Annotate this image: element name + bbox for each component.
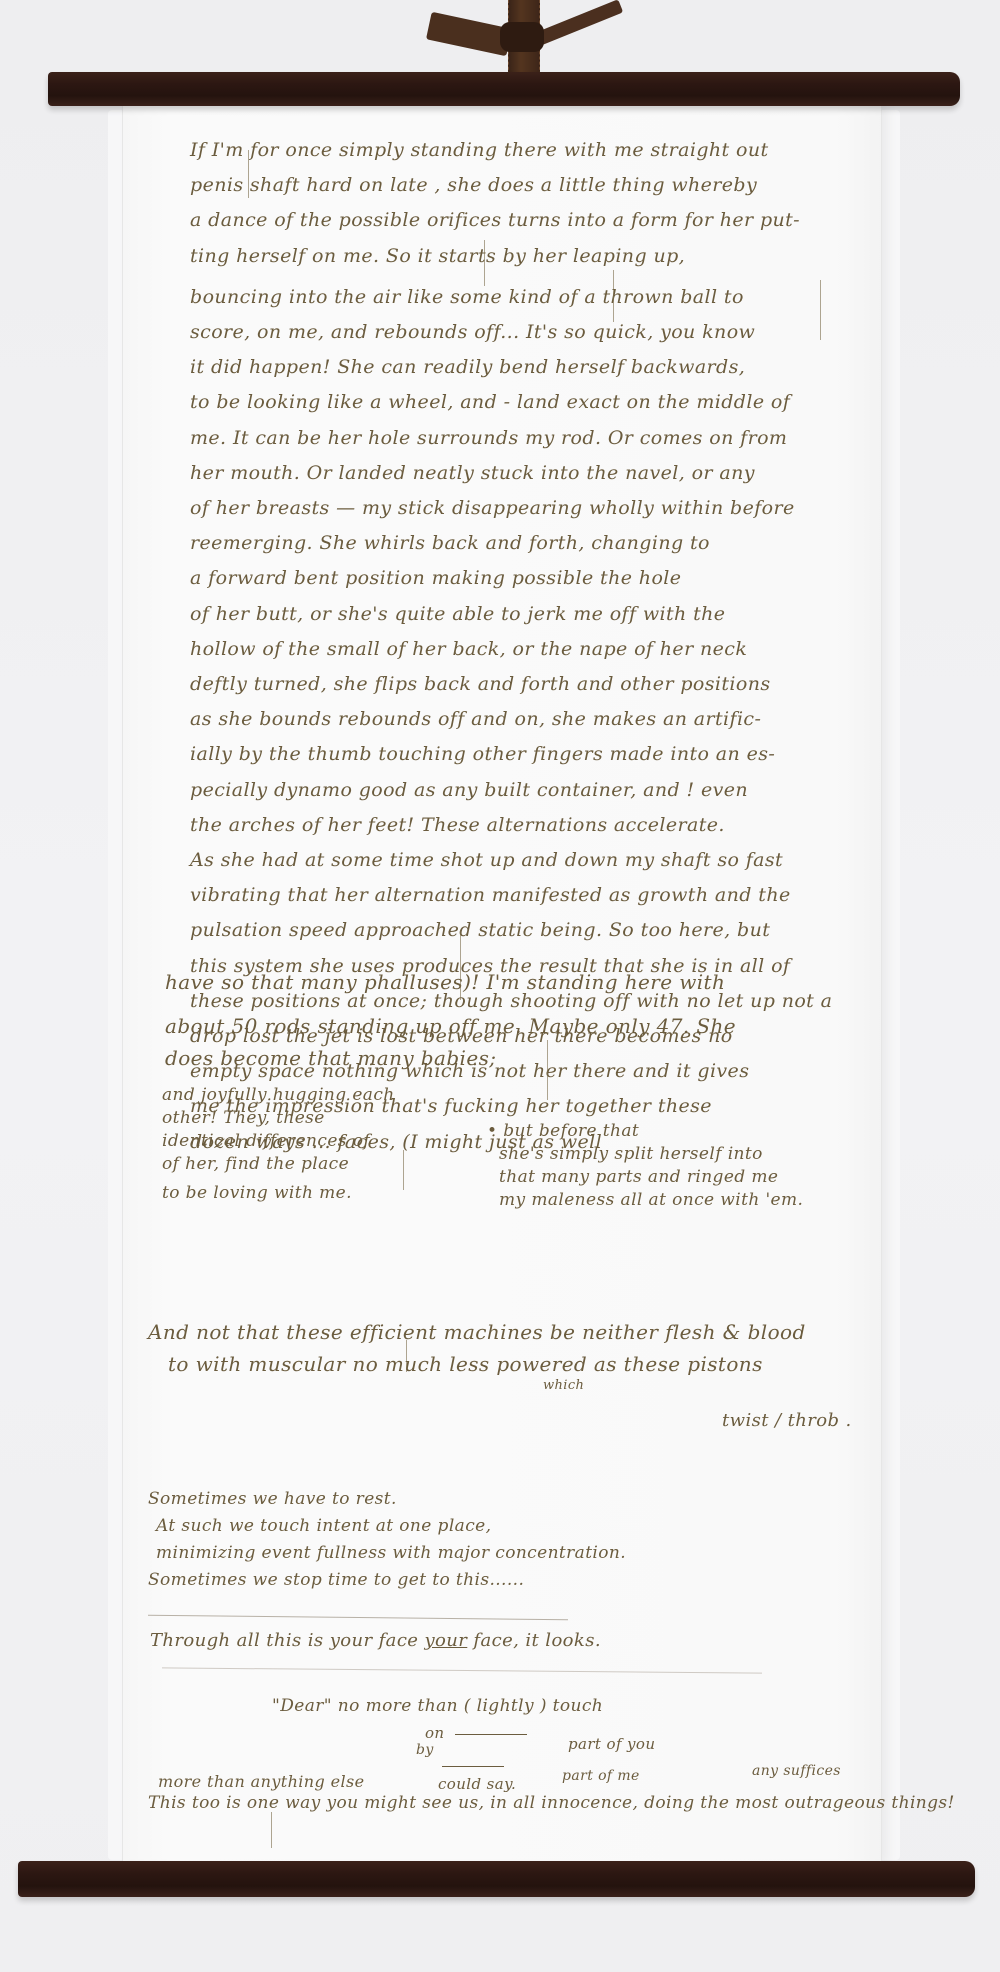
pen-stroke <box>613 270 614 322</box>
handwritten-part-of-me: part of me <box>562 1768 640 1784</box>
handwritten-could-say: could say. <box>438 1775 516 1793</box>
text-fragment: Through all this is your face <box>150 1630 424 1651</box>
ribbon-tail-right <box>533 0 624 47</box>
pen-stroke <box>484 240 485 286</box>
text-line: as she bounds rebounds off and on, she m… <box>190 702 832 737</box>
text-line: to be loving with me. <box>162 1182 395 1205</box>
text-line: it did happen! She can readily bend hers… <box>190 350 832 385</box>
text-fragment: face, it looks. <box>467 1630 601 1651</box>
handwritten-column-left: and joyfully hugging each other! They, t… <box>162 1084 395 1205</box>
text-line: penis shaft hard on late , she does a li… <box>190 168 832 203</box>
pen-stroke <box>820 280 821 340</box>
handwritten-twist-throb: twist / throb . <box>722 1410 852 1431</box>
text-line: she's simply split herself into <box>487 1143 803 1166</box>
blank-line <box>455 1734 527 1735</box>
pen-stroke <box>460 930 461 1000</box>
text-line: a dance of the possible orifices turns i… <box>190 203 832 238</box>
text-line: bouncing into the air like some kind of … <box>190 280 832 315</box>
ribbon-knot <box>500 22 544 52</box>
text-line: pecially dynamo good as any built contai… <box>190 773 832 808</box>
text-line: have so that many phalluses)! I'm standi… <box>165 960 736 1004</box>
bottom-rod <box>18 1861 975 1897</box>
underlined-word: your <box>424 1630 467 1651</box>
handwritten-paragraph-4: Sometimes we have to rest. At such we to… <box>148 1486 626 1594</box>
blank-line <box>442 1766 504 1767</box>
text-line: ially by the thumb touching other finger… <box>190 737 832 772</box>
photo-scene: If I'm for once simply standing there wi… <box>0 0 1000 1972</box>
text-line: And not that these efficient machines be… <box>148 1316 806 1348</box>
handwritten-through-line: Through all this is your face your face,… <box>150 1630 601 1651</box>
pen-stroke <box>547 1040 548 1100</box>
handwritten-paragraph-3: And not that these efficient machines be… <box>148 1316 806 1380</box>
text-line: ting herself on me. So it starts by her … <box>190 239 832 274</box>
text-line: pulsation speed approached static being.… <box>190 913 832 948</box>
text-line: my maleness all at once with 'em. <box>487 1189 803 1212</box>
pen-stroke <box>248 150 249 198</box>
handwritten-final-line: This too is one way you might see us, in… <box>148 1793 955 1813</box>
text-fragment: on <box>425 1724 445 1742</box>
handwritten-dear-line: "Dear" no more than ( lightly ) touch <box>272 1696 603 1716</box>
text-line: score, on me, and rebounds off... It's s… <box>190 315 832 350</box>
text-line: reemerging. She whirls back and forth, c… <box>190 526 832 561</box>
text-line: me. It can be her hole surrounds my rod.… <box>190 421 832 456</box>
handwritten-column-right: • but before that she's simply split her… <box>487 1120 803 1212</box>
text-line: Sometimes we have to rest. <box>148 1486 626 1513</box>
text-line: to with muscular no much less powered as… <box>148 1348 806 1380</box>
handwritten-on-blank: on <box>425 1724 527 1742</box>
text-line: other! They, these <box>162 1107 395 1130</box>
text-line: If I'm for once simply standing there wi… <box>190 133 832 168</box>
text-line: • but before that <box>487 1120 803 1143</box>
handwritten-annotation-which: which <box>543 1378 584 1393</box>
text-line: of her, find the place <box>162 1153 395 1176</box>
pen-stroke <box>406 1340 407 1372</box>
handwritten-paragraph-2: have so that many phalluses)! I'm standi… <box>165 960 736 1080</box>
handwritten-by: by <box>416 1742 434 1758</box>
text-line: the arches of her feet! These alternatio… <box>190 808 832 843</box>
text-line: that many parts and ringed me <box>487 1166 803 1189</box>
pen-stroke <box>271 1812 272 1848</box>
text-line: a forward bent position making possible … <box>190 561 832 596</box>
text-line: minimizing event fullness with major con… <box>148 1540 626 1567</box>
top-rod <box>48 72 960 106</box>
handwritten-more-than: more than anything else <box>158 1772 365 1791</box>
text-line: her mouth. Or landed neatly stuck into t… <box>190 456 832 491</box>
text-line: hollow of the small of her back, or the … <box>190 632 832 667</box>
pen-stroke <box>403 1150 404 1190</box>
text-line: and joyfully hugging each <box>162 1084 395 1107</box>
text-line: of her breasts — my stick disappearing w… <box>190 491 832 526</box>
text-line: to be looking like a wheel, and - land e… <box>190 385 832 420</box>
text-line: vibrating that her alternation manifeste… <box>190 878 832 913</box>
text-line: As she had at some time shot up and down… <box>190 843 832 878</box>
text-line: At such we touch intent at one place, <box>148 1513 626 1540</box>
text-line: deftly turned, she flips back and forth … <box>190 667 832 702</box>
text-line: of her butt, or she's quite able to jerk… <box>190 597 832 632</box>
text-line: Sometimes we stop time to get to this...… <box>148 1567 626 1594</box>
handwritten-any-suffices: any suffices <box>752 1763 841 1779</box>
handwritten-part-of-you: part of you <box>568 1735 655 1753</box>
text-line: identical differences of <box>162 1130 395 1153</box>
